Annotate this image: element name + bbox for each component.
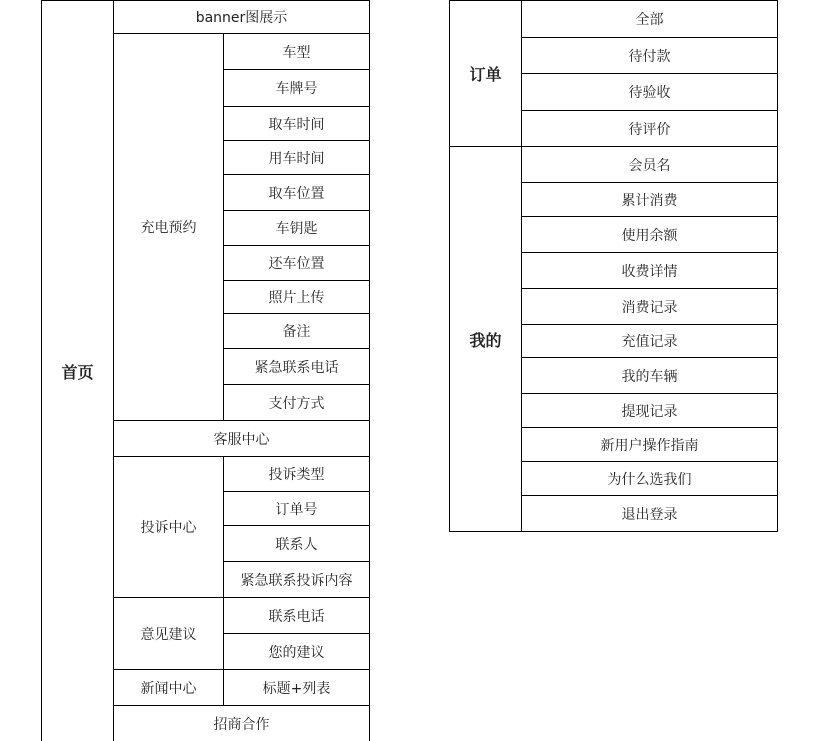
complaint-label: 投诉中心 [114,457,224,598]
orders-mine-table: 订单 全部 待付款 待验收 待评价 我的 会员名 累计消费 使用余额 收费详情 … [449,0,778,532]
home-label: 首页 [42,1,114,741]
charging-item: 备注 [224,314,370,349]
feedback-item: 您的建议 [224,634,370,670]
mine-item: 新用户操作指南 [522,428,778,462]
charging-item: 车钥匙 [224,211,370,246]
news-item: 标题+列表 [224,670,370,706]
home-structure-table: 首页 banner图展示 充电预约 车型 车牌号 取车时间 用车时间 取车位置 … [41,0,370,741]
banner-cell: banner图展示 [114,1,370,34]
mine-item: 退出登录 [522,496,778,532]
charging-item: 取车时间 [224,107,370,141]
complaint-item: 订单号 [224,492,370,526]
charging-item: 用车时间 [224,141,370,175]
mine-item: 使用余额 [522,217,778,253]
mine-item: 累计消费 [522,183,778,217]
orders-item: 待验收 [522,74,778,111]
mine-label: 我的 [450,147,522,532]
business-cell: 招商合作 [114,706,370,741]
news-label: 新闻中心 [114,670,224,706]
mine-item: 收费详情 [522,253,778,289]
charging-item: 取车位置 [224,175,370,211]
feedback-item: 联系电话 [224,598,370,634]
mine-item: 我的车辆 [522,358,778,394]
mine-item: 会员名 [522,147,778,183]
complaint-item: 紧急联系投诉内容 [224,562,370,598]
orders-item: 全部 [522,1,778,38]
orders-label: 订单 [450,1,522,147]
charging-item: 车型 [224,34,370,70]
mine-item: 为什么选我们 [522,462,778,496]
charging-label: 充电预约 [114,34,224,421]
charging-item: 还车位置 [224,246,370,281]
charging-item: 车牌号 [224,70,370,107]
complaint-item: 投诉类型 [224,457,370,492]
service-cell: 客服中心 [114,421,370,457]
feedback-label: 意见建议 [114,598,224,670]
mine-item: 充值记录 [522,325,778,358]
charging-item: 照片上传 [224,281,370,314]
charging-item: 紧急联系电话 [224,349,370,385]
mine-item: 消费记录 [522,289,778,325]
mine-item: 提现记录 [522,394,778,428]
orders-item: 待评价 [522,111,778,147]
charging-item: 支付方式 [224,385,370,421]
complaint-item: 联系人 [224,526,370,562]
orders-item: 待付款 [522,38,778,74]
